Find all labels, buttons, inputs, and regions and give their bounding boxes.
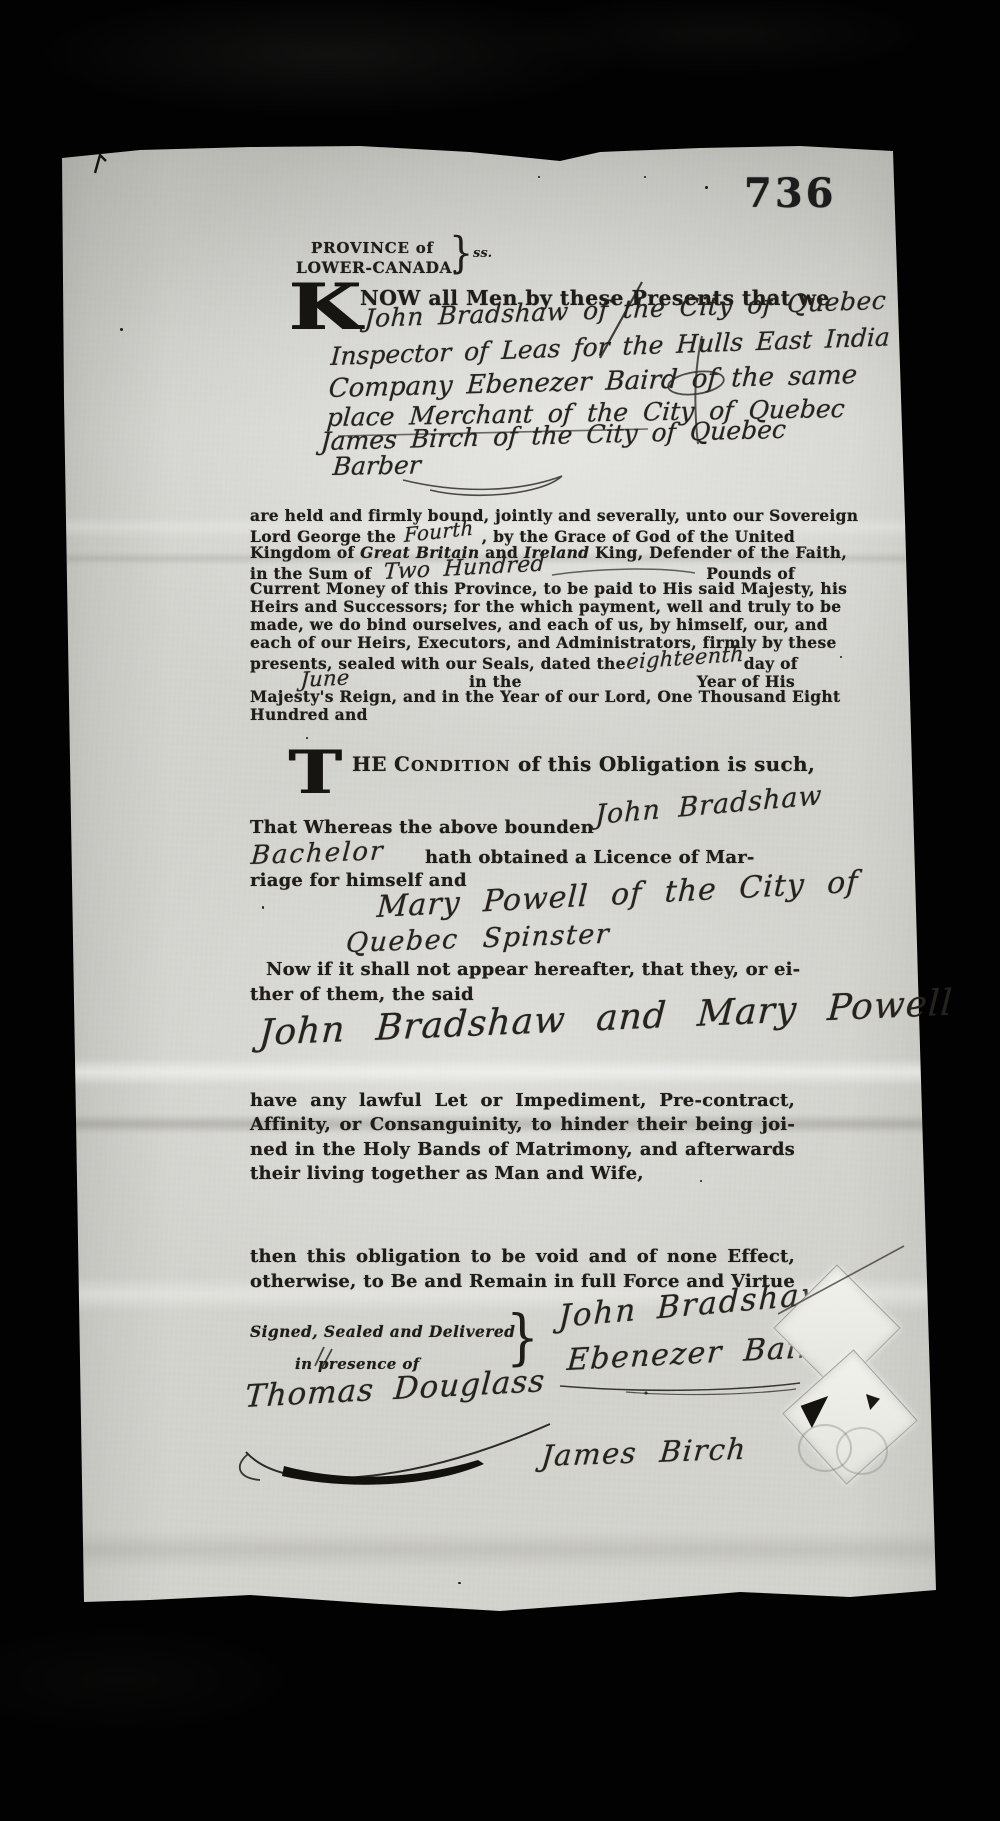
film-frame-number: 736 xyxy=(744,170,837,217)
speck xyxy=(840,656,842,658)
signature-underline xyxy=(556,1380,808,1398)
pen-squiggle xyxy=(312,1344,338,1370)
speck xyxy=(120,328,123,331)
sc-rest: ONDITION xyxy=(411,757,511,775)
handwritten-status: Bachelor xyxy=(250,838,385,869)
pen-loop xyxy=(664,368,730,400)
speck xyxy=(644,176,646,178)
corner-mark xyxy=(92,152,110,176)
signature-james-birch: James Birch xyxy=(540,1435,748,1471)
pen-tail xyxy=(549,565,699,579)
dropcap-k: K xyxy=(289,282,361,334)
condition-line: Now if it shall not appear hereafter, th… xyxy=(250,958,795,983)
scan-band xyxy=(0,1058,1000,1086)
jurat-ss: ss. xyxy=(473,246,492,261)
speck xyxy=(306,737,308,739)
speck xyxy=(458,1582,461,1584)
condition-title-smallcaps: CONDITION xyxy=(394,752,511,776)
speck xyxy=(262,906,264,909)
attestation-brace: } xyxy=(506,1304,539,1373)
condition-line: ned in the Holy Bands of Matrimony, and … xyxy=(250,1138,795,1163)
speck xyxy=(538,176,540,178)
seal-stamp-circle xyxy=(836,1427,888,1475)
scan-band xyxy=(0,1530,1000,1570)
sc-initial: C xyxy=(394,752,411,776)
handwritten-day: eighteenth xyxy=(626,644,744,673)
seal-edge-line xyxy=(770,1240,910,1320)
handwritten-regnal: Fourth xyxy=(404,518,474,545)
pen-stroke xyxy=(596,278,648,364)
condition-text: hath obtained a Licence of Mar- xyxy=(425,846,755,871)
bond-line: Lord George the Fourth , by the Grace of… xyxy=(250,525,795,544)
condition-line: Affinity, or Consanguinity, to hinder th… xyxy=(250,1113,795,1138)
pen-strike xyxy=(338,428,650,438)
condition-title: HE CONDITION of this Obligation is such, xyxy=(352,752,792,778)
speck xyxy=(700,1180,702,1182)
condition-text: That Whereas the above bounden xyxy=(250,817,594,838)
bond-text: King, Defender of the Faith, xyxy=(595,543,847,562)
speck xyxy=(705,186,708,189)
condition-title-text: HE xyxy=(352,752,387,776)
bond-line: Hundred and xyxy=(250,706,795,725)
bond-text: Kingdom of xyxy=(250,543,354,562)
attestation-line1: Signed, Sealed and Delivered xyxy=(250,1322,515,1341)
dropcap-t: T xyxy=(289,748,342,798)
witness-flourish xyxy=(232,1418,564,1492)
condition-line: Bachelor hath obtained a Licence of Mar- xyxy=(250,843,795,868)
province-line1: PROVINCE of xyxy=(296,239,458,257)
microfilm-scan: 736 PROVINCE of LOWER-CANADA. } ss. K NO… xyxy=(0,0,1000,1821)
bond-line: are held and firmly bound, jointly and s… xyxy=(250,507,795,526)
header-brace: } xyxy=(449,228,473,277)
condition-title-text: of this Obligation is such, xyxy=(518,752,815,776)
closing-line: then this obligation to be void and of n… xyxy=(250,1245,795,1270)
condition-line: their living together as Man and Wife, xyxy=(250,1162,795,1187)
condition-line: have any lawful Let or Impediment, Pre-c… xyxy=(250,1089,795,1114)
pen-flourish xyxy=(400,472,574,502)
